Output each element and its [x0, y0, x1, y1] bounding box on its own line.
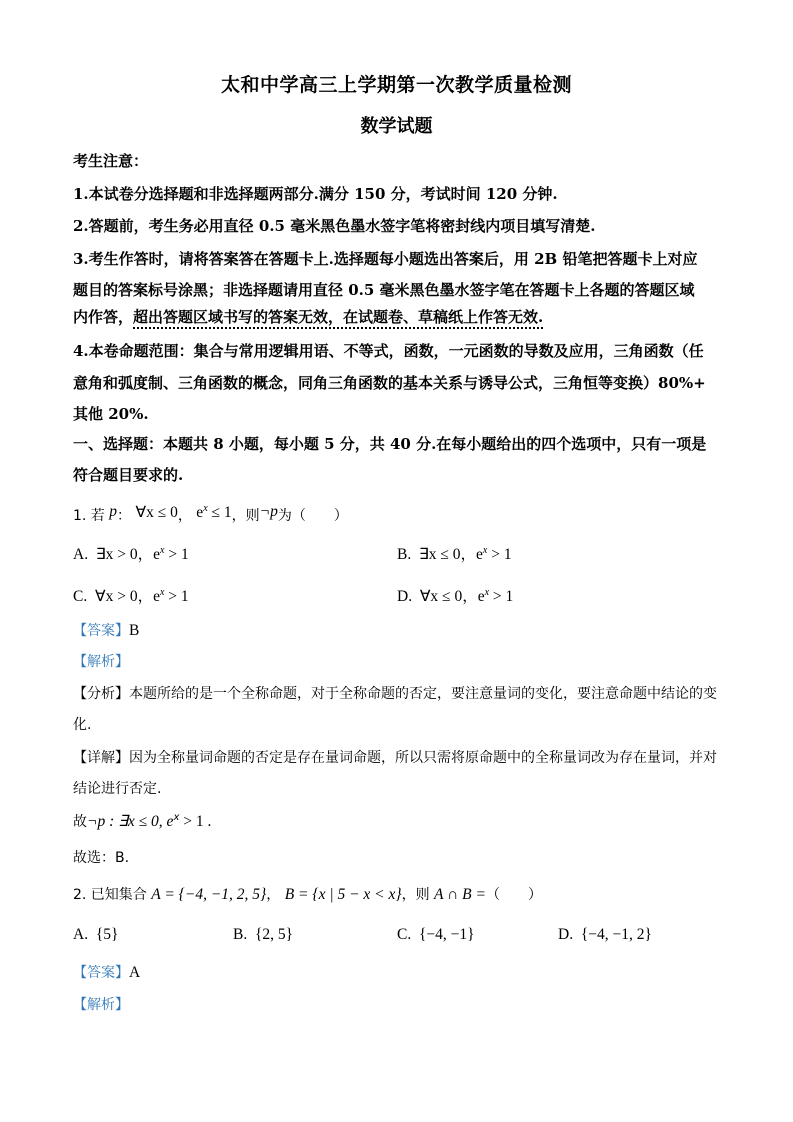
q2-stem: 2. 已知集合 A = {−4, −1, 2, 5}， B = {x | 5 −…	[73, 884, 733, 904]
q1-option-d[interactable]: D. ∀x ≤ 0，ex > 1	[397, 584, 513, 606]
q1-xiangjie-line2: 结论进行否定.	[73, 778, 733, 798]
q1-answer: 【答案】B	[73, 620, 733, 640]
q2-answer: 【答案】A	[73, 962, 733, 982]
q1-stem: 1. 若 p： ∀x ≤ 0， ex ≤ 1，则¬p为（ ）	[73, 503, 733, 525]
section1-intro-line1: 一、选择题：本题共 8 小题，每小题 5 分，共 40 分.在每小题给出的四个选…	[73, 433, 733, 454]
q1-option-a[interactable]: A. ∃x > 0，ex > 1	[73, 542, 189, 564]
exam-page: 太和中学高三上学期第一次教学质量检测 数学试题 考生注意： 1.本试卷分选择题和…	[0, 0, 793, 1122]
notice-item-3-line3-a: 内作答，	[73, 308, 133, 326]
notice-item-3-line3: 内作答，超出答题区域书写的答案无效，在试题卷、草稿纸上作答无效.	[73, 306, 733, 327]
q1-choose: 故选：B.	[73, 847, 733, 867]
notice-heading: 考生注意：	[73, 150, 733, 171]
q1-option-c[interactable]: C. ∀x > 0，ex > 1	[73, 584, 189, 606]
exam-subtitle: 数学试题	[0, 112, 793, 138]
notice-emphasis: 超出答题区域书写的答案无效，在试题卷、草稿纸上作答无效.	[133, 308, 543, 329]
answer-label: 【答案】	[73, 965, 129, 981]
q1-fenxi-line2: 化.	[73, 714, 733, 734]
answer-value: A	[129, 964, 140, 981]
answer-label: 【答案】	[73, 623, 129, 639]
q1-xiangjie-line1: 【详解】因为全称量词命题的否定是存在量词命题，所以只需将原命题中的全称量词改为存…	[73, 747, 733, 767]
q1-analysis-label: 【解析】	[73, 651, 733, 671]
notice-item-4-line3: 其他 20%.	[73, 403, 733, 424]
q2-option-d[interactable]: D. {−4, −1, 2}	[558, 926, 652, 944]
notice-item-3-line2: 题目的答案标号涂黑；非选择题请用直径 0.5 毫米黑色墨水签字笔在答题卡上各题的…	[73, 279, 733, 300]
notice-item-2: 2.答题前，考生务必用直径 0.5 毫米黑色墨水签字笔将密封线内项目填写清楚.	[73, 215, 733, 236]
q1-option-b[interactable]: B. ∃x ≤ 0，ex > 1	[397, 542, 512, 564]
q1-fenxi-line1: 【分析】本题所给的是一个全称命题，对于全称命题的否定，要注意量词的变化，要注意命…	[73, 683, 733, 703]
notice-item-4-line1: 4.本卷命题范围：集合与常用逻辑用语、不等式，函数，一元函数的导数及应用，三角函…	[73, 340, 733, 361]
notice-item-4-line2: 意角和弧度制、三角函数的概念，同角三角函数的基本关系与诱导公式，三角恒等变换）8…	[73, 372, 733, 393]
section1-intro-line2: 符合题目要求的.	[73, 464, 733, 485]
notice-item-1: 1.本试卷分选择题和非选择题两部分.满分 150 分，考试时间 120 分钟.	[73, 183, 733, 204]
q2-analysis-label: 【解析】	[73, 994, 733, 1014]
q2-option-a[interactable]: A. {5}	[73, 926, 118, 944]
answer-value: B	[129, 622, 139, 639]
exam-title: 太和中学高三上学期第一次教学质量检测	[0, 70, 793, 97]
q2-option-b[interactable]: B. {2, 5}	[233, 926, 293, 944]
q1-conclusion: 故¬p : ∃x ≤ 0, ex > 1 .	[73, 811, 733, 831]
q2-option-c[interactable]: C. {−4, −1}	[397, 926, 475, 944]
notice-item-3-line1: 3.考生作答时，请将答案答在答题卡上.选择题每小题选出答案后，用 2B 铅笔把答…	[73, 248, 733, 269]
